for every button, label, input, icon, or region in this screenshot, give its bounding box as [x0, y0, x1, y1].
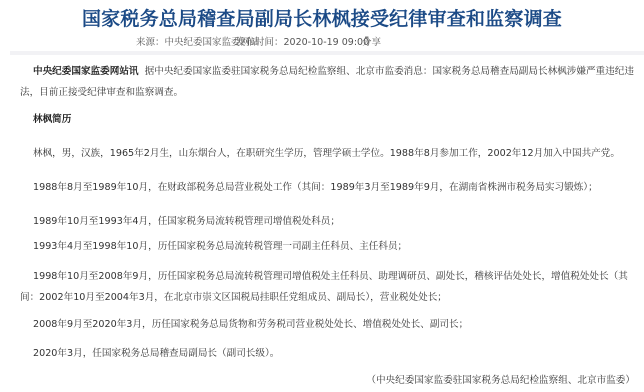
- article-meta: 来源：中央纪委国家监委网站 发布时间：2020-10-19 09:00 分享▾: [0, 34, 644, 48]
- dateline: 中央纪委国家监委网站讯: [33, 66, 139, 77]
- source-note: （中央纪委国家监委驻国家税务总局纪检监察组、北京市监委）: [366, 372, 635, 386]
- career-item: 1998年10月至2008年9月，历任国家税务总局流转税管理司增值税处主任科员、…: [20, 266, 638, 308]
- career-item: 2008年9月至2020年3月，历任国家税务总局货物和劳务税司营业税处处长、增值…: [33, 314, 638, 335]
- chevron-down-icon: ▾: [365, 34, 369, 42]
- header-divider: [10, 51, 644, 55]
- publish-time: 发布时间：2020-10-19 09:00: [236, 34, 369, 48]
- lead-paragraph: 中央纪委国家监委网站讯 据中央纪委国家监委驻国家税务总局纪检监察组、北京市监委消…: [20, 61, 638, 103]
- bio-heading: 林枫简历: [33, 109, 638, 130]
- article-title: 国家税务总局稽查局副局长林枫接受纪律审查和监察调查: [0, 4, 644, 31]
- bio-summary: 林枫，男，汉族，1965年2月生，山东烟台人，在职研究生学历，管理学硕士学位。1…: [33, 143, 638, 164]
- career-item: 1988年8月至1989年10月，在财政部税务总局营业税处工作（其间：1989年…: [33, 177, 638, 198]
- career-item: 1989年10月至1993年4月，任国家税务局流转税管理司增值税处科员；: [33, 211, 638, 232]
- career-item: 2020年3月，任国家税务总局稽查局副局长（副司长级）。: [33, 343, 638, 364]
- career-item: 1993年4月至1998年10月，历任国家税务总局流转税管理一司副主任科员、主任…: [33, 236, 638, 257]
